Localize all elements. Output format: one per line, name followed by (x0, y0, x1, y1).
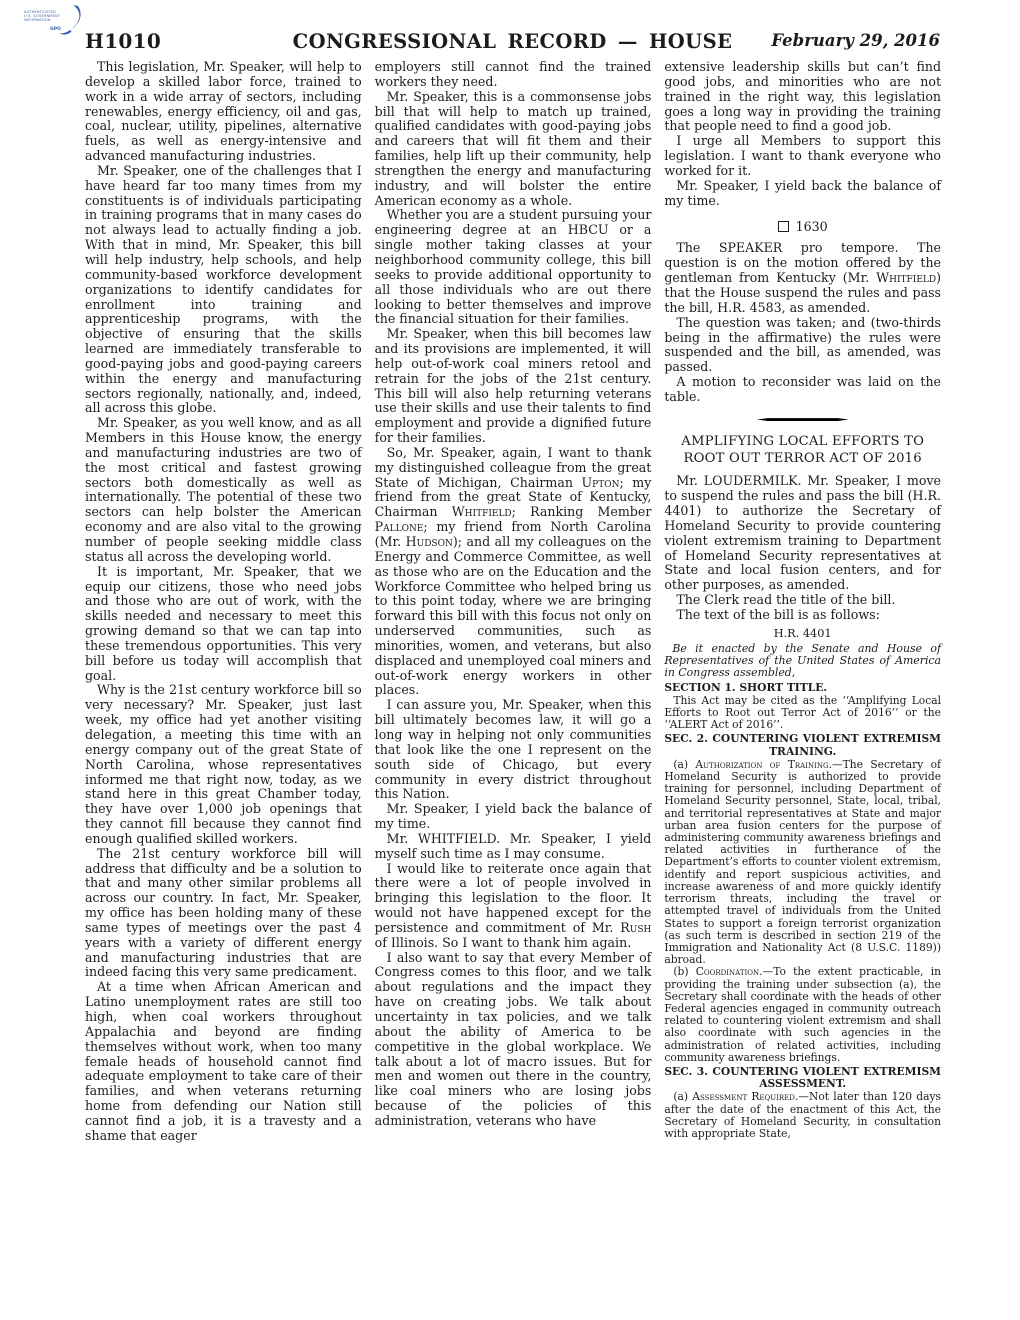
bill-paragraph: (b) Coordination.—To the extent practica… (664, 966, 941, 1064)
paragraph: extensive leadership skills but can’t fi… (664, 60, 941, 134)
column-right: extensive leadership skills but can’t fi… (664, 60, 941, 1144)
article-heading: AMPLIFYING LOCAL EFFORTS TO ROOT OUT TER… (670, 434, 935, 467)
paragraph: Mr. Speaker, I yield back the balance of… (375, 802, 652, 832)
paragraph: Mr. Speaker, I yield back the balance of… (664, 179, 941, 209)
logo-gpo-label: GPO (50, 27, 61, 32)
small-caps-name: Pallone (375, 519, 424, 534)
paragraph: Why is the 21st century workforce bill s… (85, 683, 362, 846)
paragraph: The 21st century workforce bill will add… (85, 847, 362, 981)
page: AUTHENTICATED U.S. GOVERNMENT INFORMATIO… (0, 0, 1020, 1320)
text-columns: This legislation, Mr. Speaker, will help… (85, 60, 941, 1144)
issue-date: February 29, 2016 (771, 31, 940, 50)
small-caps-name: Whitfield (452, 504, 512, 519)
paragraph: Mr. Speaker, this is a commonsense jobs … (375, 90, 652, 209)
paragraph: Mr. Speaker, as you well know, and as al… (85, 416, 362, 564)
paragraph: I also want to say that every Member of … (375, 951, 652, 1129)
small-caps-name: Rush (620, 920, 651, 935)
small-caps-name: Coordination (696, 965, 759, 978)
paragraph: Mr. Speaker, one of the challenges that … (85, 164, 362, 416)
paragraph: I would like to reiterate once again tha… (375, 862, 652, 951)
paragraph: Mr. WHITFIELD. Mr. Speaker, I yield myse… (375, 832, 652, 862)
column-middle: employers still cannot find the trained … (375, 60, 652, 1144)
paragraph: Whether you are a student pursuing your … (375, 208, 652, 327)
section-heading: SEC. 2. COUNTERING VIOLENT EXTREMISM TRA… (664, 733, 941, 757)
small-caps-name: Authorization of Training (695, 758, 828, 771)
paragraph: I urge all Members to support this legis… (664, 134, 941, 179)
bill-number: H.R. 4401 (664, 627, 941, 640)
small-caps-name: Whitfield (876, 270, 936, 285)
paragraph: The Clerk read the title of the bill. (664, 593, 941, 608)
gpo-swoosh-icon (58, 4, 84, 36)
paragraph: Mr. LOUDERMILK. Mr. Speaker, I move to s… (664, 474, 941, 593)
column-left: This legislation, Mr. Speaker, will help… (85, 60, 362, 1144)
enacting-clause: Be it enacted by the Senate and House of… (664, 643, 941, 680)
section-heading: SEC. 3. COUNTERING VIOLENT EXTREMISM ASS… (664, 1066, 941, 1090)
paragraph: A motion to reconsider was laid on the t… (664, 375, 941, 405)
bill-paragraph: This Act may be cited as the ‘‘Amplifyin… (664, 695, 941, 732)
small-caps-name: Hudson (406, 534, 453, 549)
paragraph: The SPEAKER pro tempore. The question is… (664, 241, 941, 315)
paragraph: So, Mr. Speaker, again, I want to thank … (375, 446, 652, 698)
paragraph: At a time when African American and Lati… (85, 980, 362, 1143)
gpo-authentication-logo: AUTHENTICATED U.S. GOVERNMENT INFORMATIO… (24, 4, 94, 40)
paragraph: It is important, Mr. Speaker, that we eq… (85, 565, 362, 684)
logo-text-line: INFORMATION (24, 18, 60, 22)
paragraph: The text of the bill is as follows: (664, 608, 941, 623)
small-caps-name: Assessment Required (692, 1090, 795, 1103)
page-header: H1010 CONGRESSIONAL RECORD — HOUSE Febru… (85, 29, 940, 55)
time-marker: 1630 (664, 219, 941, 234)
section-divider (757, 418, 849, 422)
paragraph: This legislation, Mr. Speaker, will help… (85, 60, 362, 164)
small-caps-name: Upton (582, 475, 620, 490)
paragraph: employers still cannot find the trained … (375, 60, 652, 90)
paragraph: Mr. Speaker, when this bill becomes law … (375, 327, 652, 446)
bill-paragraph: (a) Authorization of Training.—The Secre… (664, 759, 941, 966)
logo-text: AUTHENTICATED U.S. GOVERNMENT INFORMATIO… (24, 10, 60, 23)
paragraph: The question was taken; and (two-thirds … (664, 316, 941, 375)
bill-paragraph: (a) Assessment Required.—Not later than … (664, 1091, 941, 1140)
section-heading: SECTION 1. SHORT TITLE. (664, 682, 941, 694)
paragraph: I can assure you, Mr. Speaker, when this… (375, 698, 652, 802)
time-box-icon (778, 221, 789, 232)
